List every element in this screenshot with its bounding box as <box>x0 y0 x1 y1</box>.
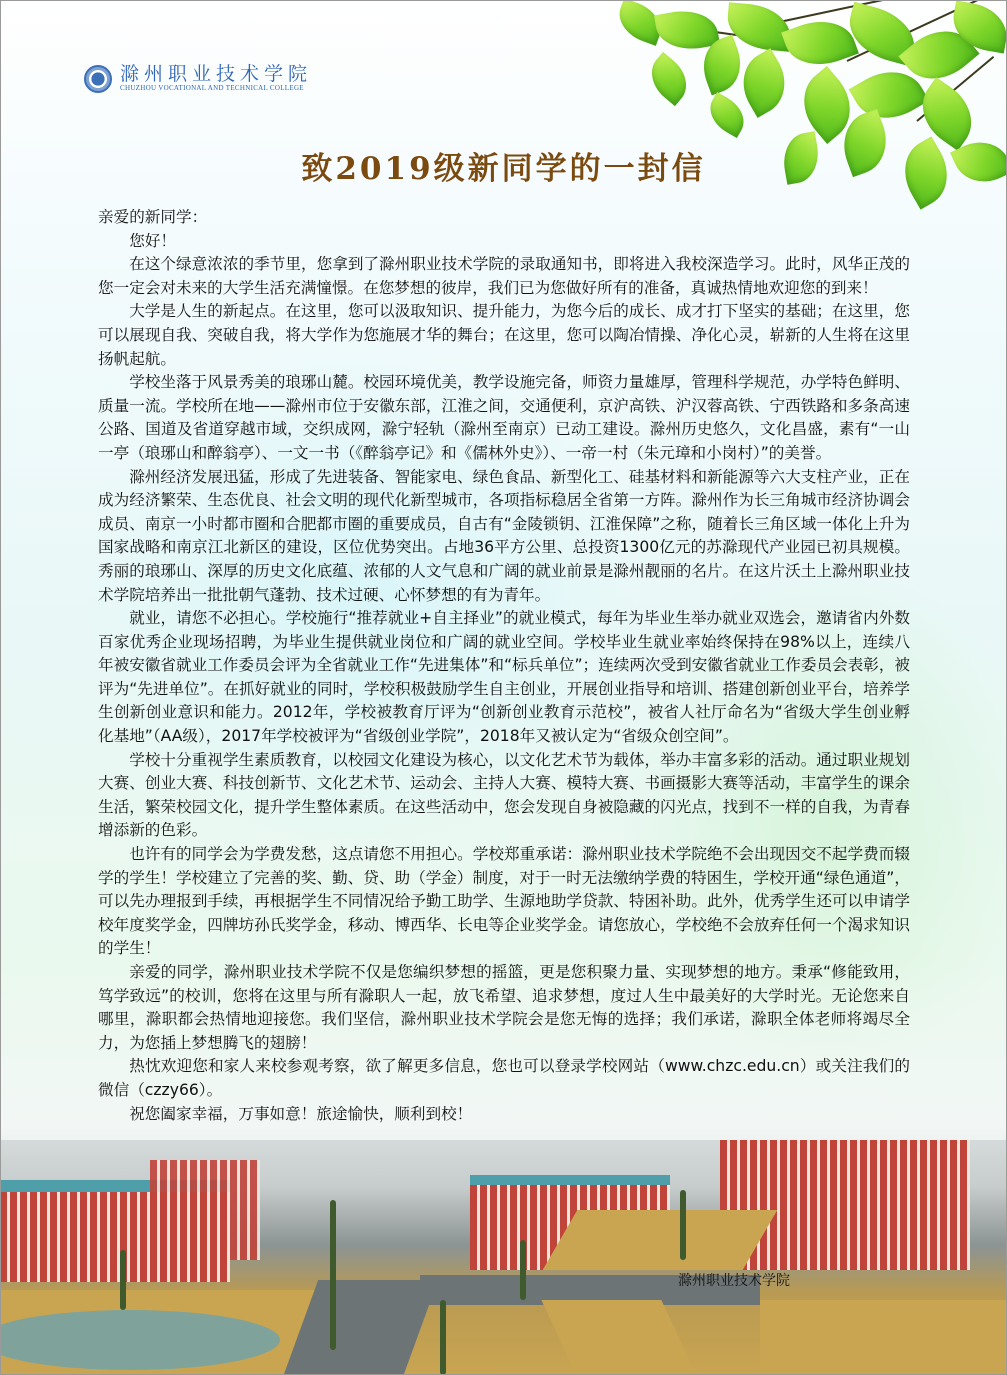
paragraph-wishes: 祝您阖家幸福，万事如意！旅途愉快，顺利到校！ <box>98 1103 910 1127</box>
salutation: 亲爱的新同学： <box>98 206 910 230</box>
logo-chinese-name: 滁州职业技术学院 <box>120 64 312 84</box>
paragraph-employment: 就业，请您不必担心。学校施行“推荐就业+自主择业”的就业模式，每年为毕业生举办就… <box>98 607 910 749</box>
paragraph-quality-education: 学校十分重视学生素质教育，以校园文化建设为核心，以文化艺术节为载体，举办丰富多彩… <box>98 749 910 843</box>
college-logo: 滁州职业技术学院 CHUZHOU VOCATIONAL AND TECHNICA… <box>84 64 312 93</box>
paragraph-closing: 亲爱的同学，滁州职业技术学院不仅是您编织梦想的摇篮，更是您积聚力量、实现梦想的地… <box>98 961 910 1055</box>
paragraph-economy: 滁州经济发展迅猛，形成了先进装备、智能家电、绿色食品、新型化工、硅基材料和新能源… <box>98 466 910 608</box>
school-seal-icon <box>84 65 112 93</box>
greeting: 您好！ <box>98 230 910 254</box>
paragraph-welcome: 在这个绿意浓浓的季节里，您拿到了滁州职业技术学院的录取通知书，即将进入我校深造学… <box>98 253 910 300</box>
letter-title: 致2019级新同学的一封信 <box>0 143 1007 188</box>
paragraph-new-start: 大学是人生的新起点。在这里，您可以汲取知识、提升能力，为您今后的成长、成才打下坚… <box>98 300 910 371</box>
signature: 滁州职业技术学院 <box>678 1270 790 1290</box>
paragraph-location: 学校坐落于风景秀美的琅琊山麓。校园环境优美，教学设施完备，师资力量雄厚，管理科学… <box>98 371 910 465</box>
paragraph-visit-info: 热忱欢迎您和家人来校参观考察，欲了解更多信息，您也可以登录学校网站（www.ch… <box>98 1055 910 1102</box>
paragraph-tuition-aid: 也许有的同学会为学费发愁，这点请您不用担心。学校郑重承诺：滁州职业技术学院绝不会… <box>98 843 910 961</box>
logo-english-name: CHUZHOU VOCATIONAL AND TECHNICAL COLLEGE <box>120 84 312 93</box>
campus-photo <box>0 1140 1007 1375</box>
letter-body: 亲爱的新同学： 您好！ 在这个绿意浓浓的季节里，您拿到了滁州职业技术学院的录取通… <box>98 206 910 1126</box>
